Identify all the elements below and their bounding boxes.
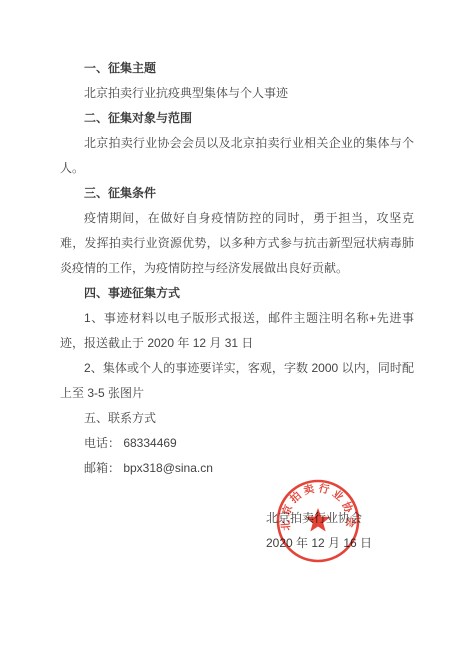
document-page: 一、征集主题 北京拍卖行业抗疫典型集体与个人事迹 二、征集对象与范围 北京拍卖行…	[0, 0, 465, 659]
section-heading-plain: 五、联系方式	[60, 406, 414, 431]
seal-star-icon	[306, 508, 331, 532]
paragraph: 疫情期间，在做好自身疫情防控的同时，勇于担当，攻坚克难，发挥拍卖行业资源优势，以…	[60, 206, 414, 281]
section-heading: 二、征集对象与范围	[60, 106, 414, 131]
phone-line: 电话： 68334469	[60, 431, 414, 456]
section-heading: 一、征集主题	[60, 56, 414, 81]
official-seal-stamp: 北京拍卖行业协会	[273, 475, 363, 565]
paragraph: 北京拍卖行业抗疫典型集体与个人事迹	[60, 81, 414, 106]
paragraph: 北京拍卖行业协会会员以及北京拍卖行业相关企业的集体与个人。	[60, 131, 414, 181]
document-body: 一、征集主题 北京拍卖行业抗疫典型集体与个人事迹 二、征集对象与范围 北京拍卖行…	[60, 56, 414, 481]
paragraph: 2、集体或个人的事迹要详实，客观，字数 2000 以内，同时配上至 3-5 张图…	[60, 356, 414, 406]
paragraph: 1、事迹材料以电子版形式报送，邮件主题注明名称+先进事迹，报送截止于 2020 …	[60, 306, 414, 356]
section-heading: 三、征集条件	[60, 181, 414, 206]
section-heading: 四、事迹征集方式	[60, 281, 414, 306]
